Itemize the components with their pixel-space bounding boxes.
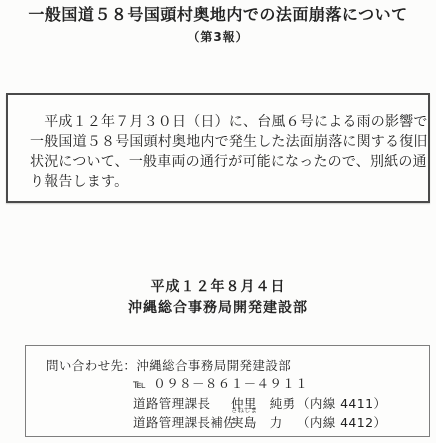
notice-line-1: 平成１２年７月３０日（日）に、台風６号による雨の影響で	[30, 112, 414, 132]
document-title: 一般国道５８号国頭村奥地内での法面崩落について	[0, 5, 436, 25]
notice-line-4: り報告します。	[30, 172, 414, 192]
notice-line-3: 状況について、一般車両の通行が可能になったので、別紙の通	[30, 152, 414, 172]
telephone-number: ０９８－８６１－４９１１	[153, 376, 308, 391]
person-position: 道路管理課長補佐	[133, 413, 231, 431]
document-subtitle-report-number: （第3報）	[0, 28, 436, 45]
person-extension: （内線 4411）	[297, 394, 386, 412]
person-position: 道路管理課長	[133, 394, 231, 412]
person-furigana: さねしま	[231, 407, 257, 414]
issued-block: 平成１２年８月４日 沖縄総合事務局開発建設部	[0, 277, 436, 319]
contact-box: 問い合わせ先：沖縄総合事務局開発建設部 ℡０９８－８６１－４９１１ 道路管理課長…	[25, 345, 430, 437]
issued-date: 平成１２年８月４日	[0, 277, 436, 298]
contact-telephone-line: ℡０９８－８６１－４９１１	[133, 374, 308, 392]
person-name: さねしま実島 力	[231, 413, 297, 431]
contact-person-row: 道路管理課長補佐 さねしま実島 力 （内線 4412）	[133, 413, 386, 431]
person-name-text: 実島 力	[231, 415, 283, 430]
contact-organization: 沖縄総合事務局開発建設部	[136, 358, 291, 373]
scanned-document-page: { "document": { "title": "一般国道５８号国頭村奥地内で…	[0, 0, 436, 443]
issued-organization: 沖縄総合事務局開発建設部	[0, 298, 436, 319]
notice-line-2: 一般国道５８号国頭村奥地内で発生した法面崩落に関する復旧	[30, 132, 414, 152]
contact-label: 問い合わせ先：	[46, 358, 136, 373]
notice-box: 平成１２年７月３０日（日）に、台風６号による雨の影響で 一般国道５８号国頭村奥地…	[6, 93, 430, 203]
tel-icon: ℡	[133, 377, 146, 391]
contact-header-line: 問い合わせ先：沖縄総合事務局開発建設部	[46, 356, 291, 374]
notice-paragraph: 平成１２年７月３０日（日）に、台風６号による雨の影響で 一般国道５８号国頭村奥地…	[8, 95, 428, 192]
person-extension: （内線 4412）	[297, 413, 386, 431]
contact-person-row: 道路管理課長 仲里 純勇 （内線 4411）	[133, 394, 386, 412]
